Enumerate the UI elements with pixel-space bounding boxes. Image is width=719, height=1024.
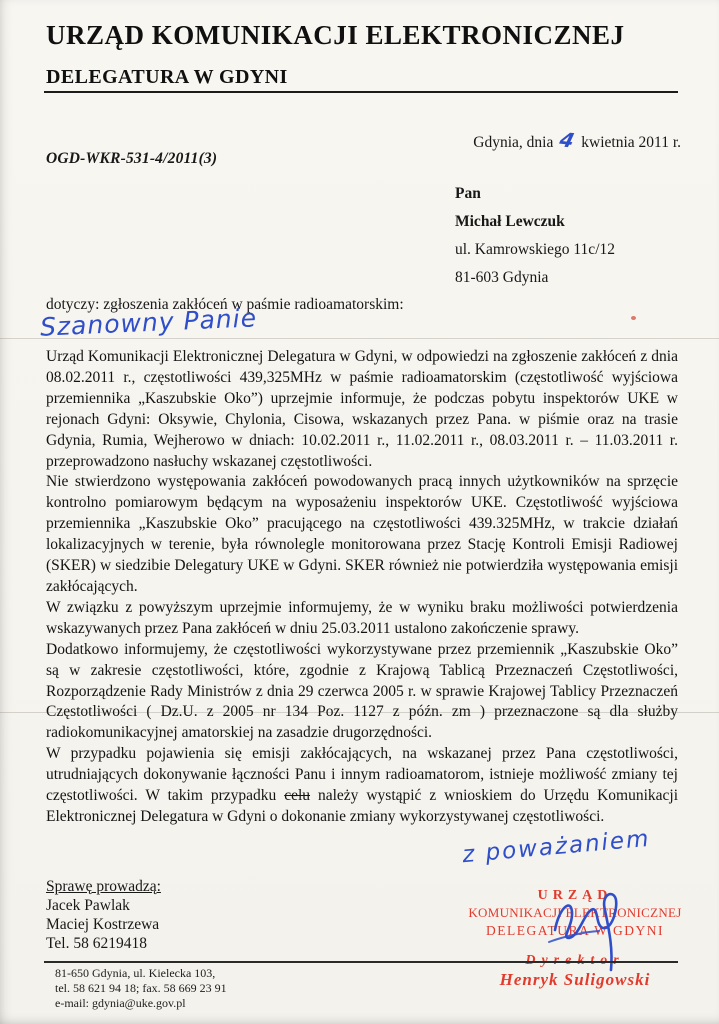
case-handler-2: Maciej Kostrzewa [46, 915, 161, 934]
letter-body: Urząd Komunikacji Elektronicznej Delegat… [46, 347, 678, 828]
paragraph-1: Urząd Komunikacji Elektronicznej Delegat… [46, 347, 678, 472]
footer-email: e-mail: gdynia@uke.gov.pl [55, 996, 227, 1011]
date-prefix: Gdynia, dnia [473, 134, 553, 151]
footer-phone-fax: tel. 58 621 94 18; fax. 58 669 23 91 [55, 981, 227, 996]
footer-divider [44, 961, 678, 963]
recipient-salutation: Pan [455, 180, 615, 208]
scanned-letter-page: URZĄD KOMUNIKACJI ELEKTRONICZNEJ DELEGAT… [0, 0, 719, 1024]
date-suffix: kwietnia 2011 r. [581, 134, 681, 151]
case-handlers-block: Sprawę prowadzą: Jacek Pawlak Maciej Kos… [46, 877, 161, 953]
paragraph-5: W przypadku pojawienia się emisji zakłóc… [46, 744, 678, 828]
struck-word: celu [284, 787, 310, 804]
header-divider [44, 91, 678, 93]
recipient-block: Pan Michał Lewczuk ul. Kamrowskiego 11c/… [455, 180, 615, 292]
handwritten-closing: z poważaniem [461, 826, 651, 868]
recipient-street: ul. Kamrowskiego 11c/12 [455, 236, 615, 264]
recipient-city: 81-603 Gdynia [455, 264, 615, 292]
paragraph-4: Dodatkowo informujemy, że częstotliwości… [46, 640, 678, 745]
date-line: Gdynia, dnia4kwietnia 2011 r. [473, 128, 681, 152]
reference-number: OGD-WKR-531-4/2011(3) [46, 150, 217, 168]
fold-line-top [0, 338, 719, 339]
case-handler-phone: Tel. 58 6219418 [46, 934, 161, 953]
organization-title: URZĄD KOMUNIKACJI ELEKTRONICZNEJ [46, 20, 625, 51]
paragraph-3: W związku z powyższym uprzejmie informuj… [46, 598, 678, 640]
scan-artifact-dot [631, 316, 636, 320]
recipient-name: Michał Lewczuk [455, 208, 615, 236]
fold-line-bottom [0, 712, 719, 713]
case-handler-1: Jacek Pawlak [46, 896, 161, 915]
handwritten-day: 4 [557, 128, 577, 153]
branch-title: DELEGATURA W GDYNI [46, 66, 288, 89]
case-handlers-heading: Sprawę prowadzą: [46, 877, 161, 896]
paragraph-2: Nie stwierdzono występowania zakłóceń po… [46, 472, 678, 597]
footer-address: 81-650 Gdynia, ul. Kielecka 103, [55, 966, 227, 981]
footer-contact-block: 81-650 Gdynia, ul. Kielecka 103, tel. 58… [55, 966, 227, 1011]
